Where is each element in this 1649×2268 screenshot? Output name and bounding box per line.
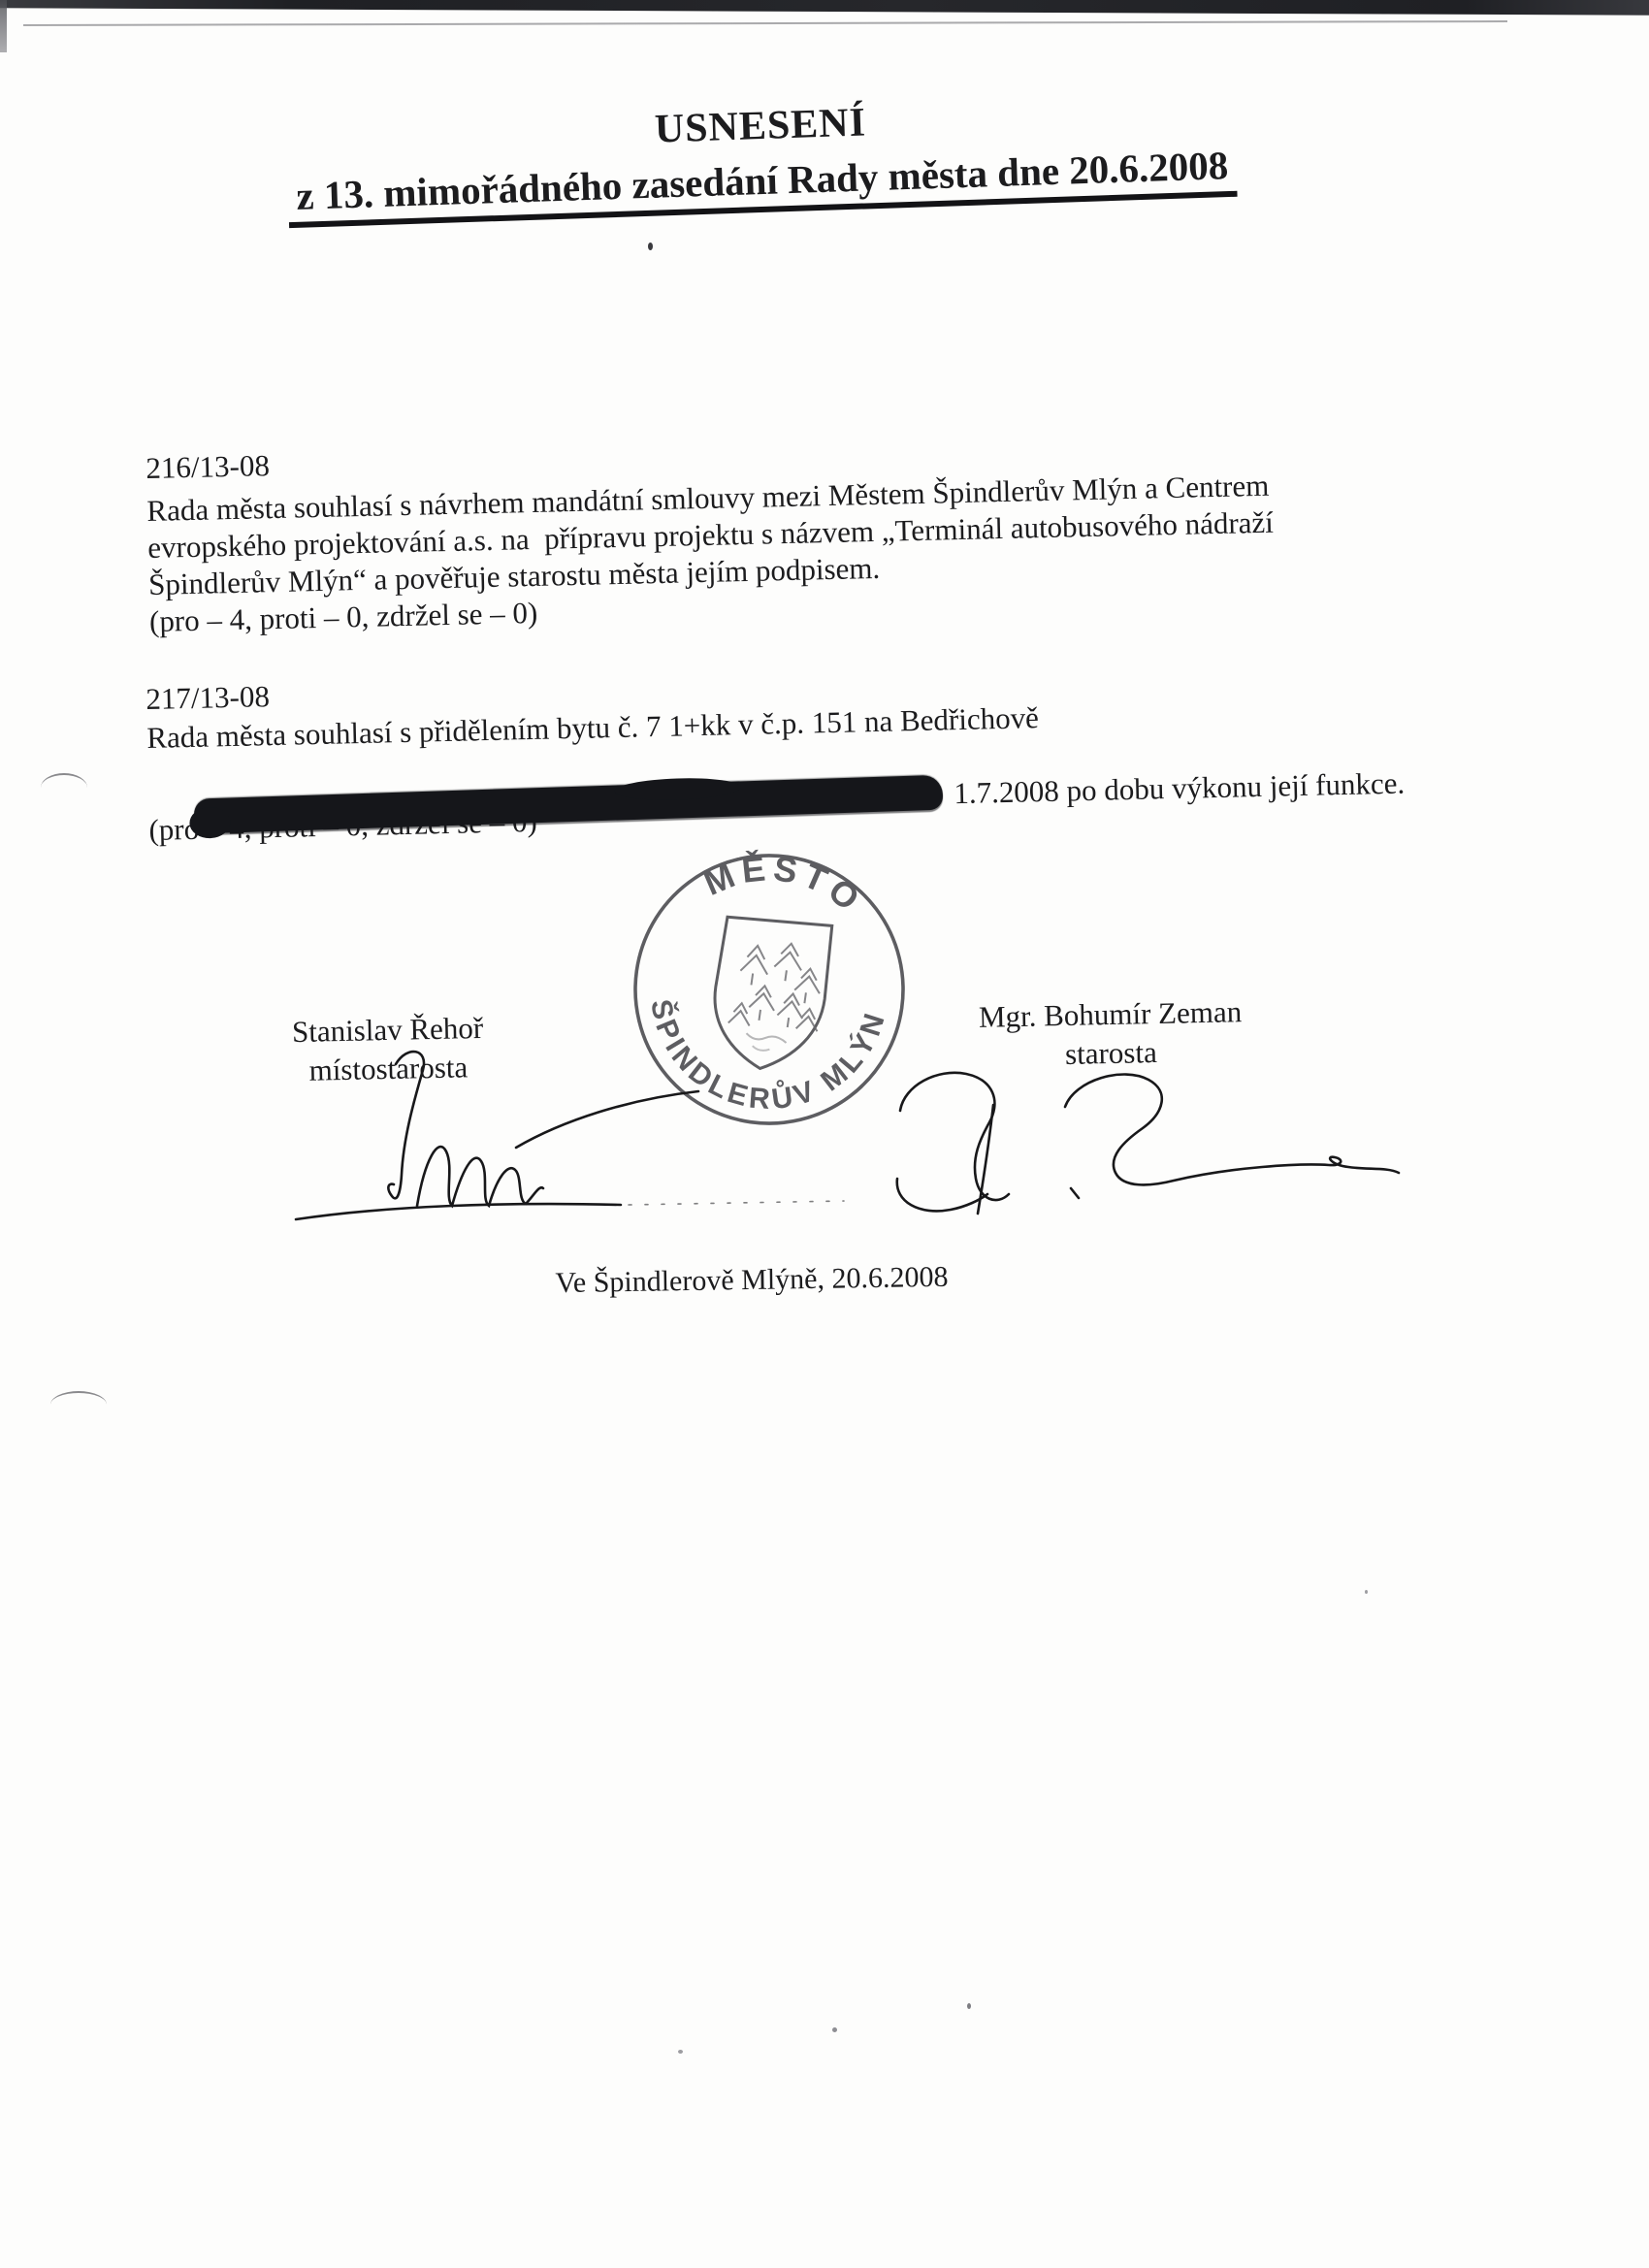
scan-arc-mark xyxy=(50,1391,107,1418)
svg-text:MĚSTO: MĚSTO xyxy=(694,846,876,924)
resolution-217-13-08: 217/13-08 Rada města souhlasí s přidělen… xyxy=(145,649,1566,849)
signature-zeman xyxy=(897,1073,1399,1214)
scan-artifact-left-strip xyxy=(0,0,7,52)
scan-artifact-top-bar xyxy=(0,0,1649,16)
document-header: USNESENÍ z 13. mimořádného zasedání Rady… xyxy=(163,83,1359,233)
ink-speck xyxy=(678,2050,683,2054)
handwritten-signatures xyxy=(272,1043,1426,1251)
scanned-document-page: USNESENÍ z 13. mimořádného zasedání Rady… xyxy=(0,0,1649,2268)
scan-artifact-top-line xyxy=(23,20,1507,26)
stamp-arc-text-top: MĚSTO xyxy=(694,846,876,924)
stamp-shield-trees xyxy=(726,936,829,1057)
ink-speck xyxy=(648,243,653,250)
ink-speck xyxy=(1365,1590,1368,1594)
place-date-line: Ve Špindlerově Mlýně, 20.6.2008 xyxy=(543,1261,960,1301)
ink-speck xyxy=(832,2027,837,2032)
resolution-216-13-08: 216/13-08 Rada města souhlasí s návrhem … xyxy=(145,418,1566,640)
signer-name: Mgr. Bohumír Zeman xyxy=(945,991,1276,1037)
text-after-redaction: 1.7.2008 po dobu výkonu její funkce. xyxy=(954,766,1406,811)
scan-arc-mark xyxy=(41,773,87,802)
signature-rehor xyxy=(296,1052,844,1219)
ink-speck xyxy=(967,2003,971,2009)
